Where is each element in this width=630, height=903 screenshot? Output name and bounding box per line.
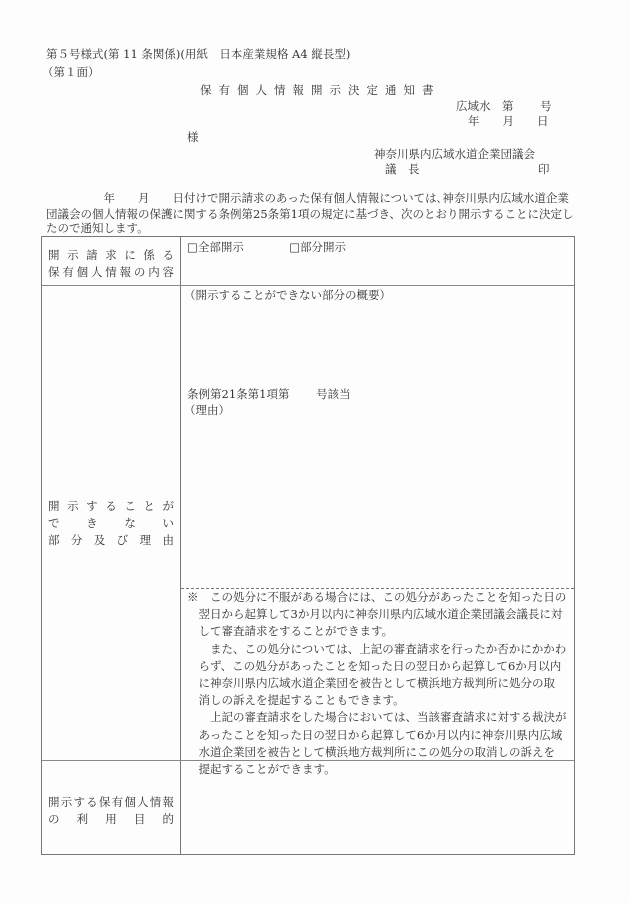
label-char: 用: [105, 811, 117, 828]
label-char: 分: [71, 532, 83, 549]
label-line: 保有個人情報の内容: [48, 264, 174, 281]
notice-line: に神奈川県内広域水道企業団を被告として横浜地方裁判所に処分の取: [187, 675, 571, 692]
label-char: 開: [48, 247, 60, 264]
notice-line: 翌日から起算して3か月以内に神奈川県内広域水道企業団議会議長に対: [187, 606, 571, 623]
partial-disclosure-option[interactable]: □部分開示: [289, 240, 346, 254]
label-usage-purpose: 開示する保有個人情報 の利用目的: [48, 794, 174, 828]
label-undisclosable-parts: 開示することが できない 部分及び理由: [48, 498, 174, 549]
intro-line-3: たので通知します。: [46, 221, 149, 235]
label-line: できない: [48, 515, 174, 532]
label-char: 内: [148, 264, 160, 281]
checkbox-icon[interactable]: □: [187, 240, 198, 254]
disclosure-table: 開示請求に係る 保有個人情報の内容 □全部開示 □部分開示 開示することが でき…: [41, 236, 575, 855]
label-char: い: [162, 515, 174, 532]
label-char: る: [105, 498, 117, 515]
seal-mark: 印: [538, 162, 550, 176]
notice-line: ※ この処分に不服がある場合には、この処分があったことを知った日の: [187, 589, 571, 606]
label-char: 容: [163, 264, 175, 281]
label-char: 報: [120, 264, 132, 281]
row-divider-1: [42, 285, 574, 286]
intro-line-1: 年 月 日付けで開示請求のあった保有個人情報については､神奈川県内広域水道企業: [46, 191, 569, 205]
page-side-label: （第１面）: [42, 65, 100, 79]
label-char: 有: [112, 794, 124, 811]
issuer-title: 議 長: [385, 162, 420, 176]
label-char: 目: [134, 811, 146, 828]
label-char: 有: [62, 264, 74, 281]
intro-line-2: 団議会の個人情報の保護に関する条例第25条第1項の規定に基づき、次のとおり開示す…: [46, 207, 574, 221]
label-char: き: [86, 515, 98, 532]
option-label: 全部開示: [198, 240, 244, 254]
label-char: す: [86, 498, 98, 515]
label-char: 開: [48, 498, 60, 515]
ordinance-clause: 条例第21条第1項第 号該当: [187, 386, 351, 402]
label-char: の: [134, 264, 146, 281]
label-char: 及: [94, 532, 106, 549]
label-char: 保: [48, 264, 60, 281]
label-char: 情: [150, 794, 162, 811]
disclosure-options: □全部開示 □部分開示: [187, 239, 346, 255]
notice-line: して審査請求をすることができます。: [187, 623, 571, 640]
column-divider: [180, 237, 181, 854]
label-char: 個: [77, 264, 89, 281]
addressee-suffix: 様: [187, 130, 199, 144]
label-char: 人: [91, 264, 103, 281]
label-char: び: [117, 532, 129, 549]
notice-line: 上記の審査請求をした場合においては、当該審査請求に対する裁決が: [187, 709, 571, 726]
label-char: が: [162, 498, 174, 515]
label-char: の: [48, 811, 60, 828]
label-char: 人: [137, 794, 149, 811]
label-char: 的: [163, 811, 175, 828]
issuer-organization: 神奈川県内広域水道企業団議会: [374, 147, 535, 161]
notice-line: らず、この処分があったことを知った日の翌日から起算して6か月以内: [187, 658, 571, 675]
form-number: 第５号様式(第 11 条関係)(用紙 日本産業規格 A4 縦長型): [46, 47, 350, 61]
label-line: 開示請求に係る: [48, 247, 174, 264]
label-char: 部: [48, 532, 60, 549]
label-char: 利: [77, 811, 89, 828]
notice-line: 水道企業団を被告として横浜地方裁判所にこの処分の取消しの訴えを: [187, 744, 571, 761]
label-char: 示: [67, 498, 79, 515]
label-char: 係: [143, 247, 155, 264]
notice-line: あったことを知った日の翌日から起算して6か月以内に神奈川県内広域: [187, 727, 571, 744]
document-number: 広域水 第 号: [456, 99, 552, 113]
appeal-notice: ※ この処分に不服がある場合には、この処分があったことを知った日の 翌日から起算…: [187, 589, 571, 778]
label-char: 理: [140, 532, 152, 549]
summary-heading: （開示することができない部分の概要）: [184, 287, 391, 303]
label-line: の利用目的: [48, 811, 174, 828]
label-char: 開: [48, 794, 60, 811]
full-disclosure-option[interactable]: □全部開示: [187, 240, 248, 254]
label-char: す: [73, 794, 85, 811]
label-char: る: [162, 247, 174, 264]
label-char: 示: [61, 794, 73, 811]
document-title: 保有個人情報開示決定通知書: [200, 83, 441, 97]
document-date: 年 月 日: [468, 114, 549, 128]
label-char: 由: [162, 532, 174, 549]
notice-line: また、この処分については、上記の審査請求を行ったか否かにかかわ: [187, 641, 571, 658]
label-char: 求: [105, 247, 117, 264]
label-line: 開示する保有個人情報: [48, 794, 174, 811]
checkbox-icon[interactable]: □: [289, 240, 300, 254]
label-char: 示: [67, 247, 79, 264]
label-char: で: [48, 515, 60, 532]
notice-line: 提起することができます。: [187, 761, 571, 778]
notice-line: 消しの訴えを提起することもできます。: [187, 692, 571, 709]
label-line: 開示することが: [48, 498, 174, 515]
label-line: 部分及び理由: [48, 532, 174, 549]
label-char: と: [143, 498, 155, 515]
label-char: 個: [124, 794, 136, 811]
label-char: 報: [162, 794, 174, 811]
label-char: な: [124, 515, 136, 532]
label-char: こ: [124, 498, 136, 515]
label-request-content: 開示請求に係る 保有個人情報の内容: [48, 247, 174, 281]
label-char: 情: [105, 264, 117, 281]
label-char: る: [86, 794, 98, 811]
option-label: 部分開示: [300, 240, 346, 254]
reason-heading: （理由）: [184, 402, 230, 418]
label-char: 請: [86, 247, 98, 264]
label-char: に: [124, 247, 136, 264]
label-char: 保: [99, 794, 111, 811]
